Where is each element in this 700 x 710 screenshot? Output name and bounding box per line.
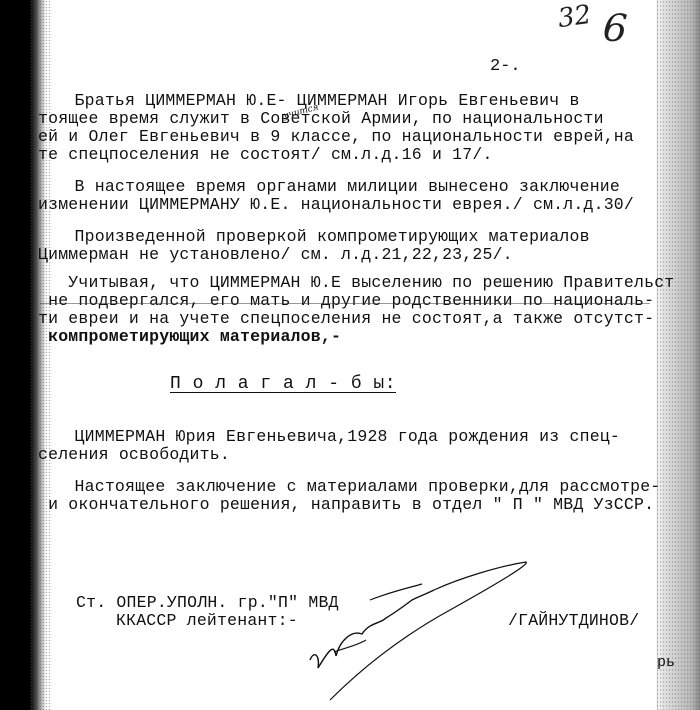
adjacent-page-fragment: рь	[657, 654, 675, 671]
body-line: ти евреи и на учете спецпоселения не сос…	[38, 310, 654, 328]
conclusion-heading: П о л а г а л - б ы:	[170, 374, 396, 394]
body-line: Учитывая, что ЦИММЕРМАН Ю.Е выселению по…	[38, 274, 674, 292]
body-line: изменении ЦИММЕРМАНУ Ю.Е. национальности…	[38, 196, 634, 214]
signatory-rank: ККАССР лейтенант:-	[116, 612, 298, 630]
page-number: 2-.	[490, 57, 521, 76]
body-line: Циммерман не установлено/ см. л.д.21,22,…	[38, 246, 513, 264]
scan-line-artifact	[40, 303, 650, 304]
body-line: ЦИММЕРМАН Юрия Евгеньевича,1928 года рож…	[24, 428, 620, 446]
body-line: тоящее время служит в Советской Армии, п…	[38, 110, 604, 128]
body-line: не подвергался, его мать и другие родств…	[38, 292, 654, 310]
archive-number-handwritten: 32	[556, 0, 593, 34]
scan-right-rule	[657, 0, 658, 710]
body-line: В настоящее время органами милиции вынес…	[24, 178, 620, 196]
body-line: Произведенной проверкой компрометирующих…	[24, 228, 590, 246]
body-line: и окончательного решения, направить в от…	[38, 496, 654, 514]
archive-number-handwritten-2: 6	[601, 5, 628, 51]
body-line: ей и Олег Евгеньевич в 9 классе, по наци…	[38, 128, 634, 146]
body-line: те спецпоселения не состоят/ см.л.д.16 и…	[38, 146, 493, 164]
body-line: компрометирующих материалов,-	[38, 328, 341, 346]
scan-right-noise	[656, 0, 700, 710]
handwritten-signature	[300, 560, 530, 710]
body-line: Настоящее заключение с материалами прове…	[24, 478, 660, 496]
body-line: селения освободить.	[38, 446, 230, 464]
